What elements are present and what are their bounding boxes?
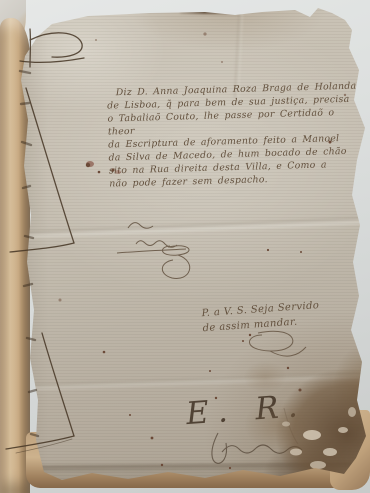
- corner-rot-stain: [242, 332, 370, 482]
- petition-text-block: Diz D. Anna Joaquina Roza Braga de Holan…: [107, 79, 364, 190]
- manuscript-page: Diz D. Anna Joaquina Roza Braga de Holan…: [0, 0, 370, 493]
- photo-of-manuscript: Diz D. Anna Joaquina Roza Braga de Holan…: [0, 0, 370, 493]
- top-edge-dirt-streak: [180, 9, 240, 15]
